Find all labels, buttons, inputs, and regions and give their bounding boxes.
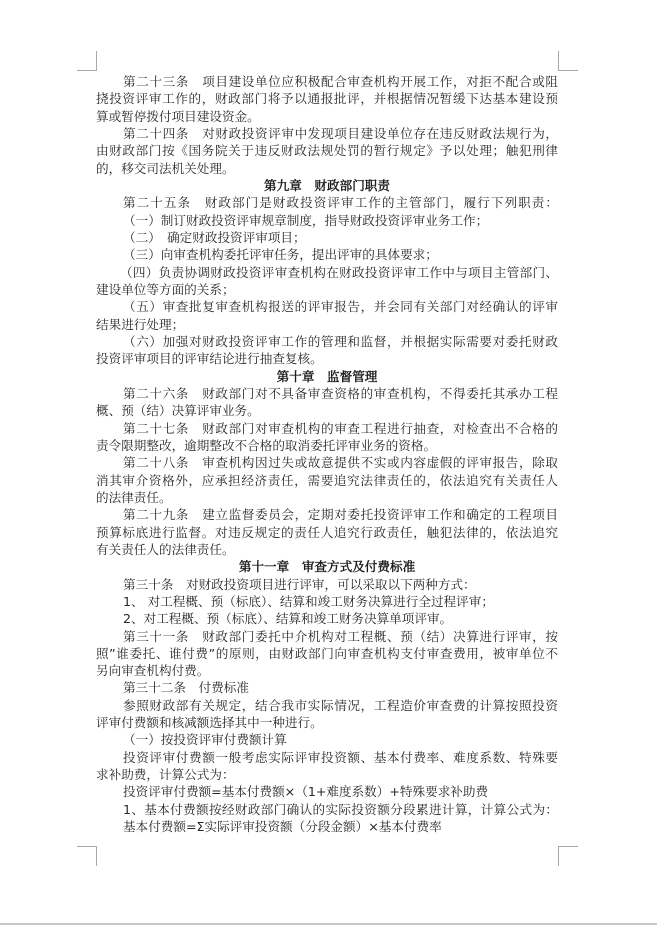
document-text-line: 结果进行处理； bbox=[96, 316, 558, 333]
document-text-line: 求补助费，计算公式为： bbox=[96, 766, 558, 783]
document-text-line: 概、预（结）决算评审业务。 bbox=[96, 402, 558, 419]
page-bottom-divider bbox=[0, 923, 657, 925]
document-text-line: 1、 对工程概、预（标底）、结算和竣工财务决算进行全过程评审； bbox=[96, 593, 558, 610]
document-text-line: 第二十七条 财政部门对审查机构的审查工程进行抽查，对检查出不合格的 bbox=[96, 420, 558, 437]
document-text-line: 第二十四条 对财政投资评审中发现项目建设单位存在违反财政法规行为， bbox=[96, 125, 558, 142]
document-text-line: 2、对工程概、预（标底）、结算和竣工财务决算单项评审。 bbox=[96, 610, 558, 627]
document-text-line: 投资评审付费额=基本付费额×（1+难度系数）+特殊要求补助费 bbox=[96, 783, 558, 800]
document-text-line: 第二十五条 财政部门是财政投资评审工作的主管部门，履行下列职责： bbox=[96, 194, 558, 211]
document-text-line: 第二十八条 审查机构因过失或故意提供不实或内容虚假的评审报告，除取 bbox=[96, 454, 558, 471]
document-text-line: 照”谁委托、谁付费”的原则，由财政部门向审查机构支付审查费用，被审单位不 bbox=[96, 645, 558, 662]
document-text-line: 第三十二条 付费标准 bbox=[96, 679, 558, 696]
document-text-line: （六）加强对财政投资评审工作的管理和监督，并根据实际需要对委托财政 bbox=[96, 333, 558, 350]
corner-mark-bottom-left bbox=[77, 846, 97, 866]
document-text-line: 第三十一条 财政部门委托中介机构对工程概、预（结）决算进行评审，按 bbox=[96, 628, 558, 645]
document-text-line: 参照财政部有关规定，结合我市实际情况，工程造价审查费的计算按照投资 bbox=[96, 697, 558, 714]
document-text-line: 责令限期整改，逾期整改不合格的取消委托评审业务的资格。 bbox=[96, 437, 558, 454]
corner-mark-top-right bbox=[558, 51, 578, 71]
corner-mark-bottom-right bbox=[558, 846, 578, 866]
document-text-line: 算或暂停拨付项目建设资金。 bbox=[96, 108, 558, 125]
document-text-line: 的，移交司法机关处理。 bbox=[96, 160, 558, 177]
document-text-line: 1、基本付费额按经财政部门确认的实际投资额分段累进计算，计算公式为： bbox=[96, 801, 558, 818]
document-text-line: 另向审查机构付费。 bbox=[96, 662, 558, 679]
document-text-line: （五）审查批复审查机构报送的评审报告，并会同有关部门对经确认的评审 bbox=[96, 298, 558, 315]
document-text-line: 评审付费额和核减额选择其中一种进行。 bbox=[96, 714, 558, 731]
chapter-heading: 第十一章 审查方式及付费标准 bbox=[96, 558, 558, 575]
document-text-line: 由财政部门按《国务院关于违反财政法规处罚的暂行规定》予以处理；触犯刑律 bbox=[96, 142, 558, 159]
chapter-heading: 第十章 监督管理 bbox=[96, 368, 558, 385]
document-text-line: （二） 确定财政投资评审项目； bbox=[96, 229, 558, 246]
chapter-heading: 第九章 财政部门职责 bbox=[96, 177, 558, 194]
document-text-line: （四）负责协调财政投资评审查机构在财政投资评审工作中与项目主管部门、 bbox=[96, 264, 558, 281]
document-text-line: 建设单位等方面的关系； bbox=[96, 281, 558, 298]
document-text-line: 投资评审付费额一般考虑实际评审投资额、基本付费率、难度系数、特殊要 bbox=[96, 749, 558, 766]
document-text-line: 第三十条 对财政投资项目进行评审，可以采取以下两种方式： bbox=[96, 576, 558, 593]
document-text-line: （三）向审查机构委托评审任务，提出评审的具体要求； bbox=[96, 246, 558, 263]
document-text-line: 预算标底进行监督。对违反规定的责任人追究行政责任，触犯法律的，依法追究 bbox=[96, 524, 558, 541]
document-text-line: 有关责任人的法律责任。 bbox=[96, 541, 558, 558]
document-text-line: 挠投资评审工作的，财政部门将予以通报批评，并根据情况暂缓下达基本建设预 bbox=[96, 90, 558, 107]
document-body: 第二十三条 项目建设单位应积极配合审查机构开展工作，对拒不配合或阻挠投资评审工作… bbox=[96, 73, 558, 835]
document-text-line: 第二十九条 建立监督委员会，定期对委托投资评审工作和确定的工程项目 bbox=[96, 506, 558, 523]
document-text-line: 投资评审项目的评审结论进行抽查复核。 bbox=[96, 350, 558, 367]
document-page: 第二十三条 项目建设单位应积极配合审查机构开展工作，对拒不配合或阻挠投资评审工作… bbox=[0, 0, 657, 926]
document-text-line: （一）按投资评审付费额计算 bbox=[96, 731, 558, 748]
document-text-line: 基本付费额=Σ实际评审投资额（分段金额）×基本付费率 bbox=[96, 818, 558, 835]
document-text-line: 第二十三条 项目建设单位应积极配合审查机构开展工作，对拒不配合或阻 bbox=[96, 73, 558, 90]
document-text-line: 的法律责任。 bbox=[96, 489, 558, 506]
document-text-line: 第二十六条 财政部门对不具备审查资格的审查机构，不得委托其承办工程 bbox=[96, 385, 558, 402]
document-text-line: 消其审介资格外，应承担经济责任，需要追究法律责任的，依法追究有关责任人 bbox=[96, 472, 558, 489]
document-text-line: （一）制订财政投资评审规章制度，指导财政投资评审业务工作； bbox=[96, 212, 558, 229]
corner-mark-top-left bbox=[77, 51, 97, 71]
